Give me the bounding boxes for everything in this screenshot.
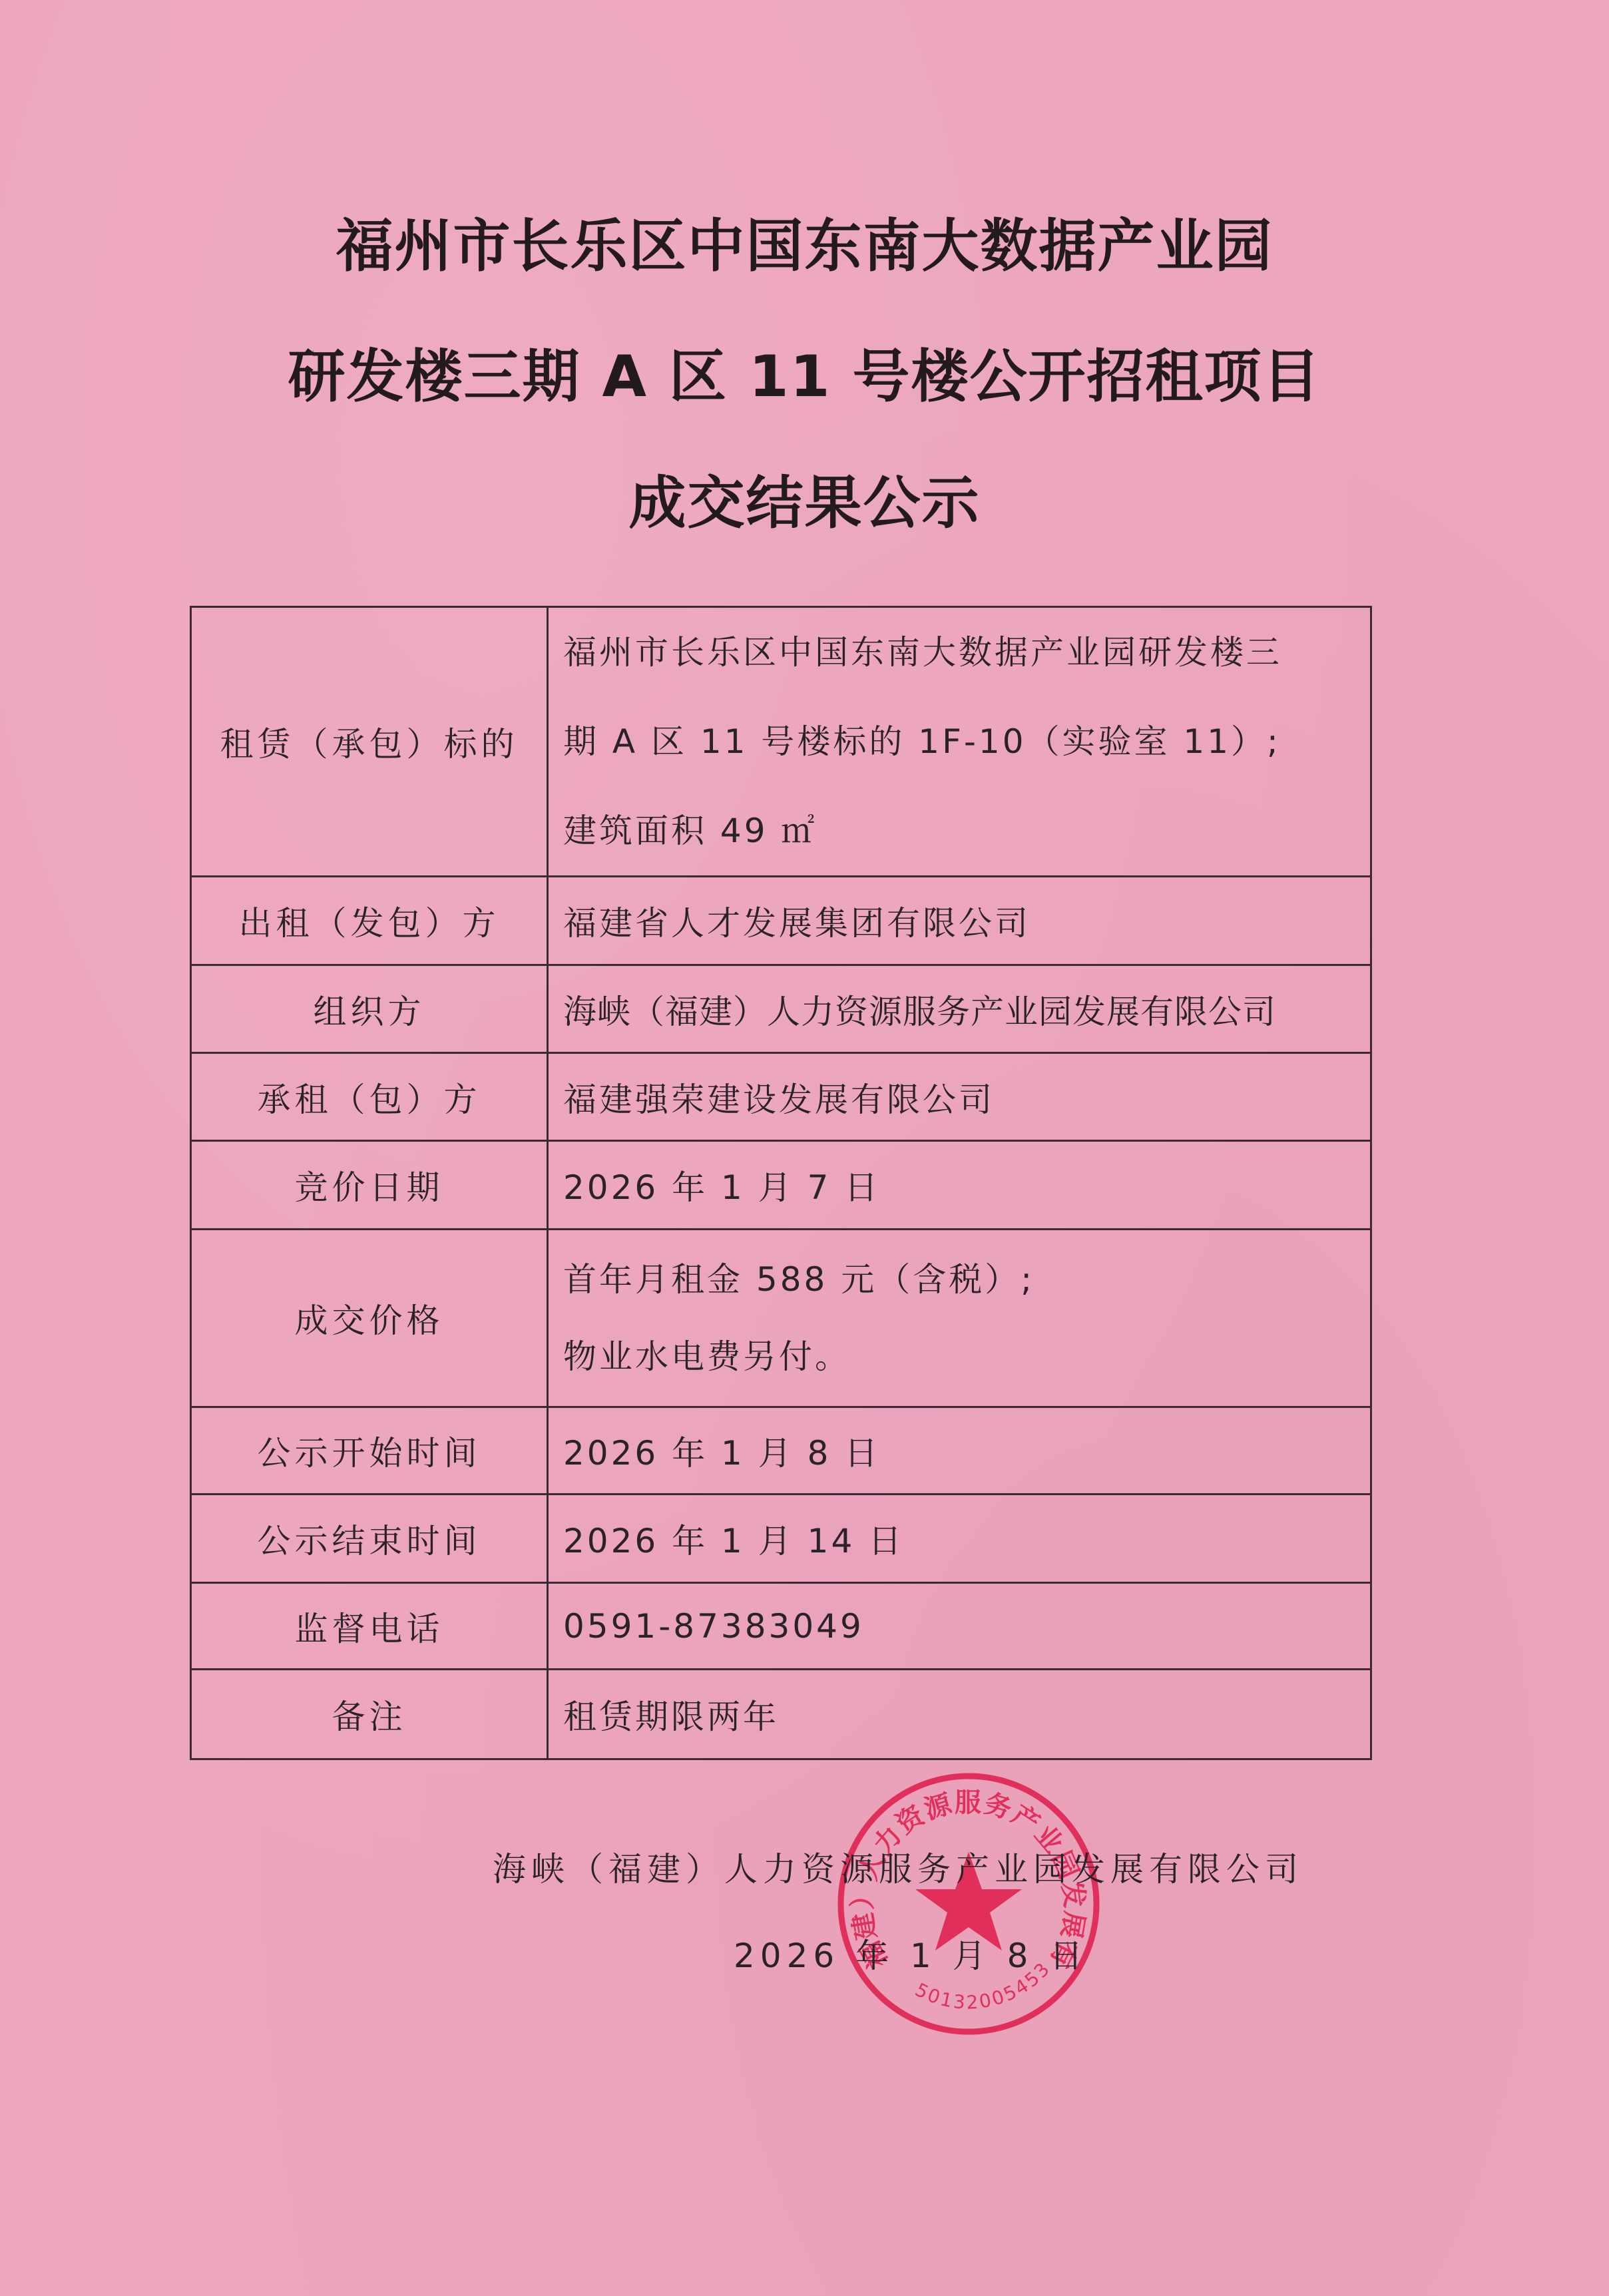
row-value: 2026 年 1 月 14 日 <box>548 1494 1371 1583</box>
row-value: 福建强荣建设发展有限公司 <box>548 1053 1371 1141</box>
row-label: 监督电话 <box>191 1583 548 1670</box>
table-row-deal-price: 成交价格 首年月租金 588 元（含税）; 物业水电费另付。 <box>191 1230 1371 1407</box>
value-line: 物业水电费另付。 <box>563 1318 1355 1395</box>
row-label: 承租（包）方 <box>191 1053 548 1141</box>
table-row-publicity-end: 公示结束时间 2026 年 1 月 14 日 <box>191 1494 1371 1583</box>
row-value: 2026 年 1 月 7 日 <box>548 1141 1371 1230</box>
issuer-organization: 海峡（福建）人力资源服务产业园发展有限公司 <box>493 1843 1303 1891</box>
table-row-lessor: 出租（发包）方 福建省人才发展集团有限公司 <box>191 877 1371 965</box>
official-seal-icon: 海峡（福建）人力资源服务产业园发展有限公司 3501320054533 <box>835 1771 1102 2037</box>
title-line-2: 研发楼三期 A 区 11 号楼公开招租项目 <box>0 330 1609 413</box>
row-value: 2026 年 1 月 8 日 <box>548 1407 1371 1494</box>
issue-date: 2026 年 1 月 8 日 <box>734 1929 1088 1977</box>
row-value: 首年月租金 588 元（含税）; 物业水电费另付。 <box>548 1230 1371 1407</box>
value-line: 首年月租金 588 元（含税）; <box>563 1241 1355 1318</box>
row-value: 海峡（福建）人力资源服务产业园发展有限公司 <box>548 965 1371 1053</box>
row-value: 0591-87383049 <box>548 1583 1371 1670</box>
row-value: 福州市长乐区中国东南大数据产业园研发楼三 期 A 区 11 号楼标的 1F-10… <box>548 607 1371 877</box>
value-line: 期 A 区 11 号楼标的 1F-10（实验室 11）; <box>563 697 1355 786</box>
table-row-publicity-start: 公示开始时间 2026 年 1 月 8 日 <box>191 1407 1371 1494</box>
row-value: 租赁期限两年 <box>548 1670 1371 1759</box>
row-label: 组织方 <box>191 965 548 1053</box>
row-label: 竞价日期 <box>191 1141 548 1230</box>
table-row-lessee: 承租（包）方 福建强荣建设发展有限公司 <box>191 1053 1371 1141</box>
value-line: 建筑面积 49 ㎡ <box>563 786 1355 875</box>
value-line: 福州市长乐区中国东南大数据产业园研发楼三 <box>563 608 1355 697</box>
row-value: 福建省人才发展集团有限公司 <box>548 877 1371 965</box>
row-label: 公示开始时间 <box>191 1407 548 1494</box>
title-line-3: 成交结果公示 <box>0 457 1609 539</box>
row-label: 备注 <box>191 1670 548 1759</box>
row-label: 公示结束时间 <box>191 1494 548 1583</box>
table-row-remarks: 备注 租赁期限两年 <box>191 1670 1371 1759</box>
result-table: 租赁（承包）标的 福州市长乐区中国东南大数据产业园研发楼三 期 A 区 11 号… <box>190 606 1372 1760</box>
row-label: 出租（发包）方 <box>191 877 548 965</box>
table-row-lease-subject: 租赁（承包）标的 福州市长乐区中国东南大数据产业园研发楼三 期 A 区 11 号… <box>191 607 1371 877</box>
title-line-1: 福州市长乐区中国东南大数据产业园 <box>0 200 1609 282</box>
row-label: 成交价格 <box>191 1230 548 1407</box>
row-label: 租赁（承包）标的 <box>191 607 548 877</box>
table-row-bidding-date: 竞价日期 2026 年 1 月 7 日 <box>191 1141 1371 1230</box>
table-row-organizer: 组织方 海峡（福建）人力资源服务产业园发展有限公司 <box>191 965 1371 1053</box>
table-row-supervision-phone: 监督电话 0591-87383049 <box>191 1583 1371 1670</box>
